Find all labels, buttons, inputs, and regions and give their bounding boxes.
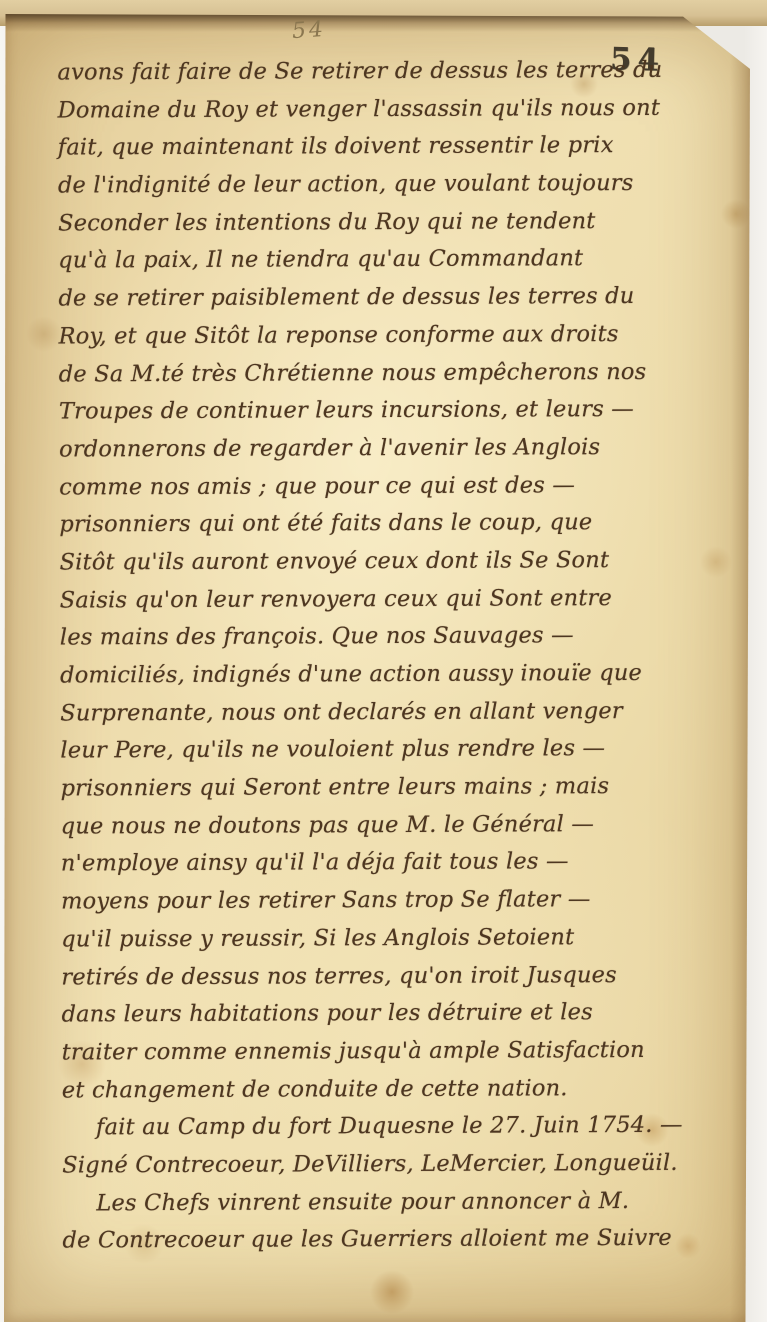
manuscript-line: Roy, et que Sitôt la reponse conforme au… — [59, 320, 735, 361]
manuscript-line: et changement de conduite de cette natio… — [62, 1074, 738, 1115]
manuscript-line: les mains des françois. Que nos Sauvages… — [60, 622, 736, 663]
folio-number-pencil: 54 — [291, 17, 327, 44]
manuscript-line: Domaine du Roy et venger l'assassin qu'i… — [58, 94, 734, 135]
manuscript-line: Sitôt qu'ils auront envoyé ceux dont ils… — [60, 546, 736, 587]
manuscript-line: avons fait faire de Se retirer de dessus… — [57, 57, 733, 98]
manuscript-line: fait, que maintenant ils doivent ressent… — [58, 132, 734, 173]
manuscript-line: retirés de dessus nos terres, qu'on iroi… — [61, 961, 737, 1002]
manuscript-line: de se retirer paisiblement de dessus les… — [58, 283, 734, 324]
manuscript-line: qu'à la paix, Il ne tiendra qu'au Comman… — [58, 245, 734, 286]
manuscript-line-dateline: fait au Camp du fort Duquesne le 27. Jui… — [62, 1112, 738, 1153]
manuscript-line: comme nos amis ; que pour ce qui est des… — [59, 471, 735, 512]
manuscript-line: dans leurs habitations pour les détruire… — [61, 999, 737, 1040]
manuscript-line: Troupes de continuer leurs incursions, e… — [59, 396, 735, 437]
manuscript-line: Surprenante, nous ont declarés en allant… — [60, 697, 736, 738]
manuscript-scan: 54 54 avons fait faire de Se retirer de … — [0, 0, 767, 1322]
manuscript-line-signatures: Signé Contrecoeur, DeVilliers, LeMercier… — [62, 1149, 738, 1190]
manuscript-line: moyens pour les retirer Sans trop Se fla… — [61, 886, 737, 927]
manuscript-line: Les Chefs vinrent ensuite pour annoncer … — [62, 1187, 738, 1228]
manuscript-line: que nous ne doutons pas que M. le Généra… — [61, 810, 737, 851]
manuscript-line: de Sa M.té très Chrétienne nous empêcher… — [59, 358, 735, 399]
manuscript-line: traiter comme ennemis jusqu'à ample Sati… — [62, 1036, 738, 1077]
manuscript-page: 54 54 avons fait faire de Se retirer de … — [4, 14, 756, 1322]
manuscript-line: de l'indignité de leur action, que voula… — [58, 170, 734, 211]
manuscript-line: leur Pere, qu'ils ne vouloient plus rend… — [60, 735, 736, 776]
manuscript-line: qu'il puisse y reussir, Si les Anglois S… — [61, 923, 737, 964]
manuscript-line: prisonniers qui Seront entre leurs mains… — [60, 773, 736, 814]
manuscript-line: Seconder les intentions du Roy qui ne te… — [58, 207, 734, 248]
manuscript-line: domiciliés, indignés d'une action aussy … — [60, 660, 736, 701]
manuscript-line: ordonnerons de regarder à l'avenir les A… — [59, 433, 735, 474]
manuscript-line: prisonniers qui ont été faits dans le co… — [59, 509, 735, 550]
manuscript-line: Saisis qu'on leur renvoyera ceux qui Son… — [60, 584, 736, 625]
manuscript-line: n'employe ainsy qu'il l'a déja fait tous… — [61, 848, 737, 889]
manuscript-text-block: avons fait faire de Se retirer de dessus… — [57, 57, 738, 1266]
manuscript-line: de Contrecoeur que les Guerriers alloien… — [62, 1225, 738, 1266]
